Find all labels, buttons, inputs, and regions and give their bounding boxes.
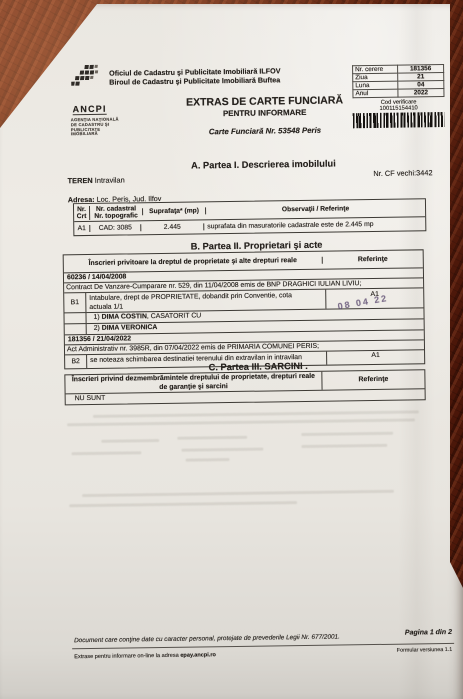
- bleedthrough-line: [101, 439, 159, 443]
- ancpi-logo-icon: [71, 64, 101, 94]
- document-paper: ANCPI AGENŢIA NAŢIONALĂ DE CADASTRU ŞI P…: [0, 0, 463, 699]
- request-info-box: Nr. cerere 181356 Ziua 21 Luna 04 Anul 2…: [352, 64, 445, 128]
- part-b-table: Înscrieri privitoare la dreptul de propr…: [63, 249, 426, 369]
- bleedthrough-line: [301, 432, 393, 436]
- b2-id: B2: [65, 355, 86, 368]
- col-header-observatii: Observaţii / Referinţe: [205, 204, 425, 214]
- cell-cadastral: CAD: 3085: [89, 224, 140, 232]
- bleedthrough-line: [177, 436, 247, 440]
- owner2-name: DIMA VERONICA: [102, 324, 158, 332]
- land-type-label: TEREN: [68, 176, 93, 185]
- land-type: TEREN Intravilan: [68, 175, 125, 185]
- footer-online-info: Extrase pentru informare on-line la adre…: [74, 652, 216, 660]
- request-info-table: Nr. cerere 181356 Ziua 21 Luna 04 Anul 2…: [352, 64, 444, 98]
- bleedthrough-line: [181, 448, 263, 452]
- owner1-id-spacer: [64, 313, 85, 323]
- part-c-table: Înscrieri privind dezmembrămintele drept…: [64, 369, 425, 405]
- part-a-table: Nr. Crt Nr. cadastral Nr. topografic Sup…: [73, 198, 426, 236]
- request-year-label: Anul: [353, 89, 398, 98]
- bleedthrough-line: [71, 451, 141, 455]
- part-b-col2-header: Referinţe: [322, 255, 423, 263]
- bleedthrough-line: [93, 410, 419, 418]
- bleedthrough-line: [67, 418, 415, 426]
- col-header-suprafata: Suprafaţa* (mp): [142, 207, 205, 215]
- owner1-suffix: , CASATORIT CU: [147, 312, 201, 320]
- b1-text: Intabulare, drept de PROPRIETATE, doband…: [85, 290, 325, 312]
- owner1-prefix: 1): [93, 314, 99, 321]
- bleedthrough-line: [186, 458, 230, 462]
- issuing-office: Oficiul de Cadastru şi Publicitate Imobi…: [109, 66, 281, 86]
- ancpi-logo-name: ANCPI: [73, 104, 107, 115]
- part-c-col2-header: Referinţe: [321, 370, 424, 389]
- cf-vechi: Nr. CF vechi:3442: [352, 168, 432, 178]
- part-b-col1-header: Înscrieri privitoare la dreptul de propr…: [64, 257, 322, 268]
- owner1-name: DIMA COSTIN: [102, 313, 147, 321]
- land-type-value: Intravilan: [95, 175, 125, 184]
- footer-page-number: Pagina 1 din 2: [344, 629, 452, 638]
- bleedthrough-line: [301, 444, 387, 448]
- col-header-cadastral: Nr. cadastral Nr. topografic: [89, 205, 142, 220]
- bleedthrough-line: [82, 490, 394, 497]
- owner2-prefix: 2): [94, 325, 100, 332]
- footer-version: Formular versiunea 1.1: [344, 647, 452, 655]
- footer-online-prefix: Extrase pentru informare on-line la adre…: [74, 653, 180, 660]
- office-line-2: Biroul de Cadastru şi Publicitate Imobil…: [109, 75, 280, 86]
- request-year-value: 2022: [398, 89, 444, 98]
- owner2-id-spacer: [65, 324, 86, 334]
- part-c-col1-header: Înscrieri privind dezmembrămintele drept…: [65, 372, 321, 394]
- cell-suprafata: 2.445: [140, 223, 203, 231]
- cell-nr-crt: A1: [74, 225, 89, 232]
- barcode: [353, 112, 445, 128]
- cell-observatii: suprafata din masuratorile cadastrale es…: [203, 220, 425, 230]
- b1-id: B1: [64, 293, 85, 312]
- footer-online-link: epay.ancpi.ro: [180, 652, 216, 658]
- table-row: Anul 2022: [353, 89, 444, 98]
- bleedthrough-line: [69, 501, 297, 507]
- col-header-nr-crt: Nr. Crt: [74, 205, 89, 219]
- footer-privacy: Document care conţine date cu caracter p…: [74, 634, 340, 645]
